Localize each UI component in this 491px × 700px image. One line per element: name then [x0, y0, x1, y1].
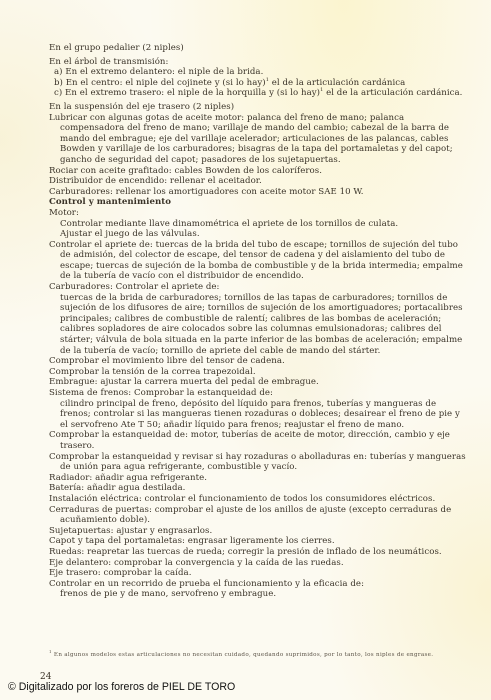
- eje-trasero-line: Eje trasero: comprobar la caída.: [49, 568, 469, 579]
- capot-line: Capot y tapa del portamaletas: engrasar …: [49, 536, 469, 547]
- rociar-line: Rociar con aceite grafitado: cables Bowd…: [49, 166, 469, 177]
- watermark: © Digitalizado por los foreros de PIEL D…: [8, 681, 235, 693]
- eje-delantero-line: Eje delantero: comprobar la convergencia…: [49, 558, 469, 569]
- carburadores-body: tuercas de la brida de carburadores; tor…: [49, 293, 469, 357]
- radiador-line: Radiador: añadir agua refrigerante.: [49, 473, 469, 484]
- estanqueidad-rozaduras: Comprobar la estanqueidad y revisar si h…: [49, 452, 469, 473]
- recorrido-body: frenos de pie y de mano, servofreno y em…: [49, 589, 469, 600]
- arbol-item-c-text: c) En el extremo trasero: el niple de la…: [54, 88, 320, 98]
- motor-title: Motor:: [49, 208, 469, 219]
- arbol-item-b-text: b) En el centro: el niple del cojinete y…: [54, 78, 266, 88]
- arbol-item-c-end: el de la articulación cardánica.: [323, 88, 462, 98]
- cerraduras-line: Cerraduras de puertas: comprobar el ajus…: [49, 505, 469, 526]
- footnote-text: En algunos modelos estas articulaciones …: [52, 652, 433, 658]
- footnote: 1 En algunos modelos estas articulacione…: [49, 648, 469, 659]
- motor-item-1: Controlar mediante llave dinamométrica e…: [49, 219, 469, 230]
- lubricar-paragraph: Lubricar con algunas gotas de aceite mot…: [49, 113, 469, 166]
- arbol-item-c: c) En el extremo trasero: el niple de la…: [49, 88, 469, 99]
- frenos-title: Sistema de frenos: Comprobar la estanque…: [49, 388, 469, 399]
- page-body: En el grupo pedalier (2 niples) En el ár…: [49, 43, 469, 600]
- distribuidor-line: Distribuidor de encendido: rellenar el a…: [49, 176, 469, 187]
- motor-item-2: Ajustar el juego de las válvulas.: [49, 229, 469, 240]
- apriete-paragraph: Controlar el apriete de: tuercas de la b…: [49, 240, 469, 282]
- bateria-line: Batería: añadir agua destilada.: [49, 483, 469, 494]
- ruedas-line: Ruedas: reapretar las tuercas de rueda; …: [49, 547, 469, 558]
- recorrido-title: Controlar en un recorrido de prueba el f…: [49, 579, 469, 590]
- embrague-line: Embrague: ajustar la carrera muerta del …: [49, 377, 469, 388]
- correa-line: Comprobar la tensión de la correa trapez…: [49, 367, 469, 378]
- arbol-title: En el árbol de transmisión:: [49, 57, 469, 68]
- tensor-line: Comprobar el movimiento libre del tensor…: [49, 356, 469, 367]
- sujetapuertas-line: Sujetapuertas: ajustar y engrasarlos.: [49, 526, 469, 537]
- arbol-item-a: a) En el extremo delantero: el niple de …: [49, 67, 469, 78]
- control-title: Control y mantenimiento: [49, 197, 469, 208]
- carburadores-title: Carburadores: Controlar el apriete de:: [49, 282, 469, 293]
- arbol-item-b-end: el de la articulación cardánica: [269, 78, 405, 88]
- estanqueidad-motor: Comprobar la estanqueidad de: motor, tub…: [49, 430, 469, 451]
- carburadores-amort-line: Carburadores: rellenar los amortiguadore…: [49, 187, 469, 198]
- arbol-item-b: b) En el centro: el niple del cojinete y…: [49, 78, 469, 89]
- frenos-body: cilindro principal de freno, depósito de…: [49, 399, 469, 431]
- pedalier-line: En el grupo pedalier (2 niples): [49, 43, 469, 54]
- instalacion-line: Instalación eléctrica: controlar el func…: [49, 494, 469, 505]
- suspension-title: En la suspensión del eje trasero (2 nipl…: [49, 102, 469, 113]
